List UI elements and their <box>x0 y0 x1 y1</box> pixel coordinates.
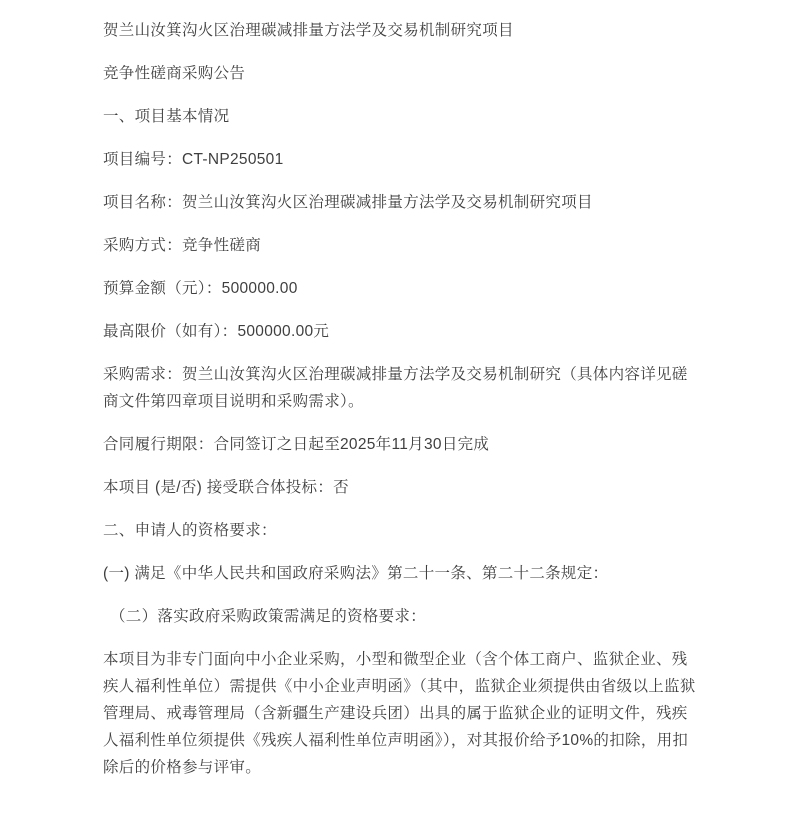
qualification-item-2-detail: 本项目为非专门面向中小企业采购，小型和微型企业（含个体工商户、监狱企业、残疾人福… <box>103 646 699 781</box>
qualification-item-1: (一) 满足《中华人民共和国政府采购法》第二十一条、第二十二条规定： <box>103 560 699 587</box>
project-number: 项目编号：CT-NP250501 <box>103 146 699 173</box>
budget-amount: 预算金额（元）：500000.00 <box>103 275 699 302</box>
contract-period: 合同履行期限：合同签订之日起至2025年11月30日完成 <box>103 431 699 458</box>
project-name: 项目名称：贺兰山汝箕沟火区治理碳减排量方法学及交易机制研究项目 <box>103 189 699 216</box>
section-1-heading: 一、项目基本情况 <box>103 103 699 130</box>
section-2-heading: 二、申请人的资格要求： <box>103 517 699 544</box>
procurement-method: 采购方式：竞争性磋商 <box>103 232 699 259</box>
announcement-title: 竞争性磋商采购公告 <box>103 60 699 87</box>
qualification-item-2: （二）落实政府采购政策需满足的资格要求： <box>103 603 699 630</box>
procurement-announcement-document: 贺兰山汝箕沟火区治理碳减排量方法学及交易机制研究项目 竞争性磋商采购公告 一、项… <box>0 0 793 827</box>
consortium-bidding: 本项目 (是/否) 接受联合体投标：否 <box>103 474 699 501</box>
procurement-requirements: 采购需求：贺兰山汝箕沟火区治理碳减排量方法学及交易机制研究（具体内容详见磋商文件… <box>103 361 699 415</box>
project-title: 贺兰山汝箕沟火区治理碳减排量方法学及交易机制研究项目 <box>103 17 699 44</box>
max-price-limit: 最高限价（如有）：500000.00元 <box>103 318 699 345</box>
